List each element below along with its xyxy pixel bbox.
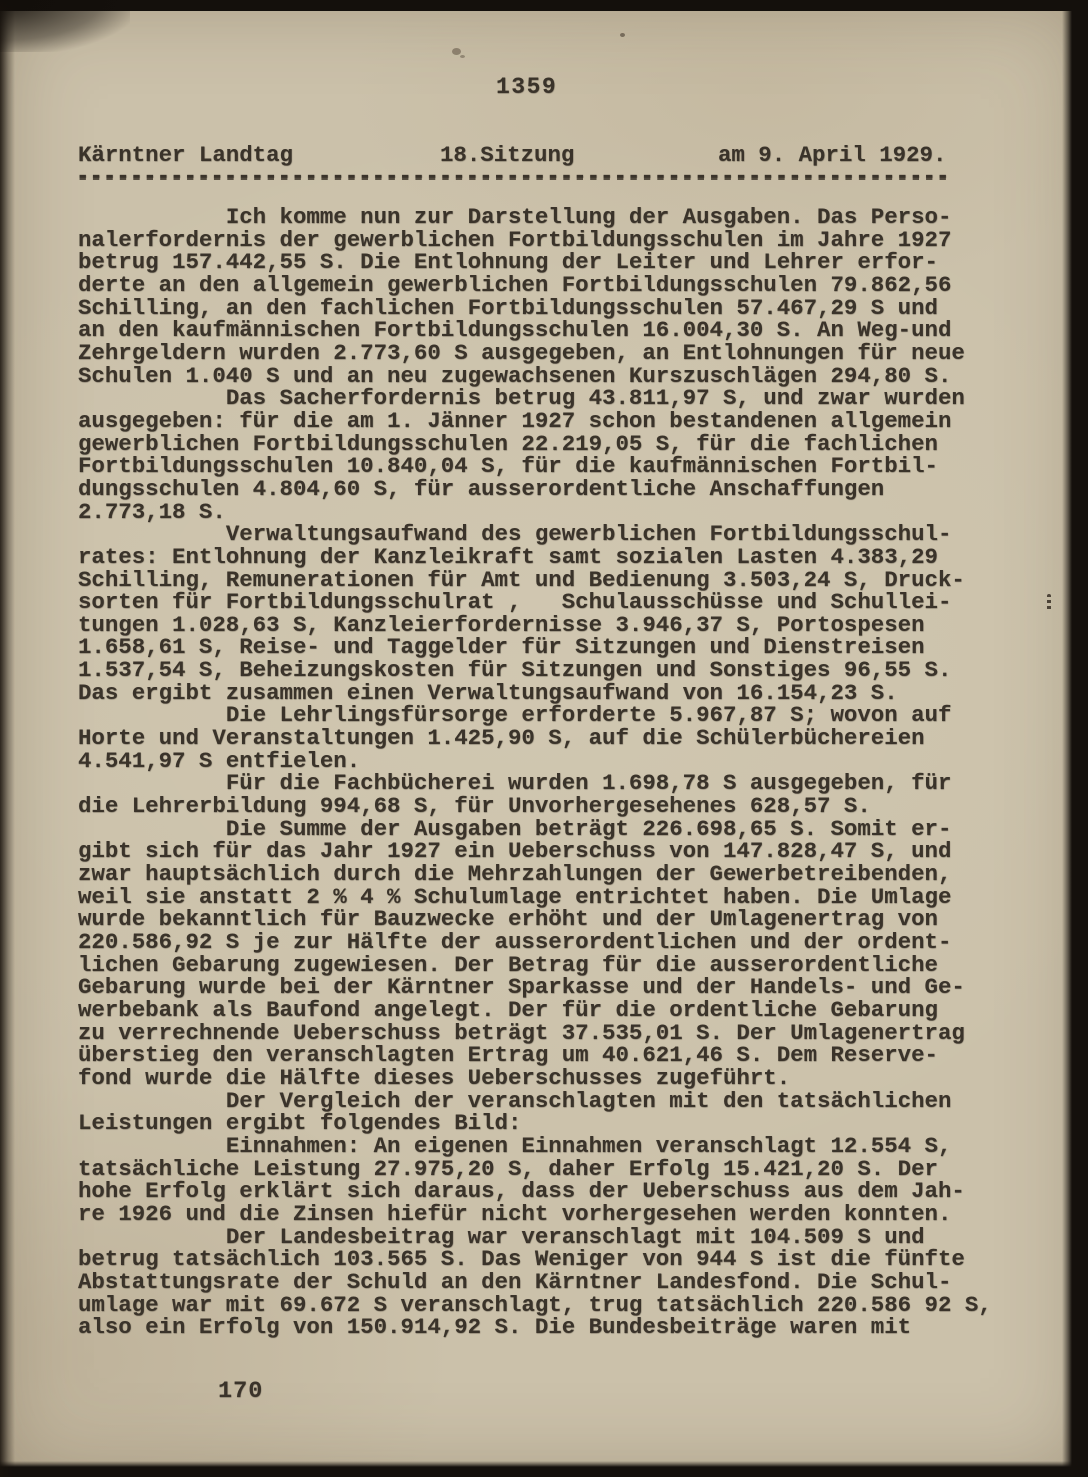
typed-dashed-rule: ----------------------------------------… [76,163,949,189]
paragraph: Der Vergleich der veranschlagten mit den… [78,1090,1068,1135]
paragraph: Die Summe der Ausgaben beträgt 226.698,6… [78,818,1068,1090]
paragraph: Verwaltungsaufwand des gewerblichen Fort… [78,523,1068,704]
ink-speck [452,48,461,55]
paragraph: Die Lehrlingsfürsorge erforderte 5.967,8… [78,704,1068,772]
ink-speck [1047,594,1051,611]
paragraph: Ich komme nun zur Darstellung der Ausgab… [78,206,1068,387]
scan-edge-top [0,0,1088,11]
scan-corner-top-left [0,0,130,52]
ink-speck [620,33,625,37]
document-body: Ich komme nun zur Darstellung der Ausgab… [78,206,1068,1339]
scanned-document-page: 1359 Kärntner Landtag 18.Sitzung am 9. A… [0,0,1088,1477]
sheet-number: 170 [218,1378,263,1405]
paragraph: Das Sacherfordernis betrug 43.811,97 S, … [78,387,1068,523]
paragraph: Der Landesbeitrag war veranschlagt mit 1… [78,1226,1068,1339]
folio-number: 1359 [496,74,557,100]
paragraph: Für die Fachbücherei wurden 1.698,78 S a… [78,772,1068,817]
paragraph: Einnahmen: An eigenen Einnahmen veransch… [78,1135,1068,1226]
scan-edge-left [0,0,15,1477]
scan-edge-bottom [0,1461,1088,1477]
